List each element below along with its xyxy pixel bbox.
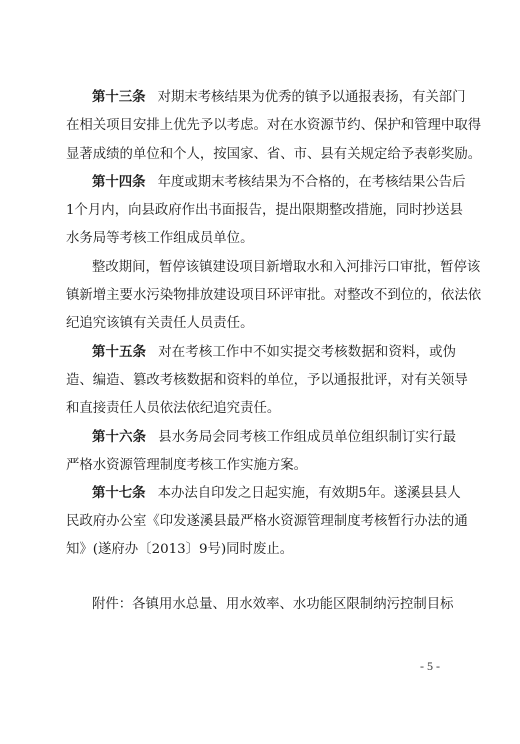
article-16-line-2: 严格水资源管理制度考核工作实施方案。 [66,456,456,476]
rectification-paragraph-line-1: 整改期间，暂停该镇建设项目新增取水和入河排污口审批，暂停该 [92,258,456,278]
article-17-line-1: 第十七条本办法自印发之日起实施，有效期5年。遂溪县县人 [92,484,456,504]
article-number: 第十五条 [92,345,146,360]
article-number: 第十七条 [92,486,146,501]
article-number: 第十六条 [92,430,146,445]
article-14-line-1: 第十四条年度或期末考核结果为不合格的，在考核结果公告后 [92,173,456,193]
rectification-paragraph-line-2: 镇新增主要水污染物排放建设项目环评审批。对整改不到位的，依法依 [66,286,456,306]
article-13-line-3: 显著成绩的单位和个人，按国家、省、市、县有关规定给予表彰奖励。 [66,145,456,165]
article-text: 县水务局会同考核工作组成员单位组织制订实行最 [158,430,456,445]
rectification-paragraph-line-3: 纪追究该镇有关责任人员责任。 [66,314,456,334]
article-text: 对期末考核结果为优秀的镇予以通报表扬，有关部门 [158,90,466,105]
article-15-line-3: 和直接责任人员依法依纪追究责任。 [66,399,456,419]
article-15-line-2: 造、编造、篡改考核数据和资料的单位，予以通报批评，对有关领导 [66,371,456,391]
article-13-line-2: 在相关项目安排上优先予以考虑。对在水资源节约、保护和管理中取得 [66,116,456,136]
page-number: - 5 - [420,658,440,674]
article-16-line-1: 第十六条县水务局会同考核工作组成员单位组织制订实行最 [92,428,456,448]
article-17-line-2: 民政府办公室《印发遂溪县最严格水资源管理制度考核暂行办法的通 [66,512,456,532]
article-17-line-3: 知》(遂府办〔2013〕9号)同时废止。 [66,540,456,560]
document-page: 第十三条对期末考核结果为优秀的镇予以通报表扬，有关部门 在相关项目安排上优先予以… [0,0,520,744]
article-15-line-1: 第十五条对在考核工作中不如实提交考核数据和资料，或伪 [92,343,456,363]
article-14-line-2: 1个月内，向县政府作出书面报告，提出限期整改措施，同时抄送县 [66,201,456,221]
article-text: 对在考核工作中不如实提交考核数据和资料，或伪 [158,345,456,360]
attachment-note: 附件：各镇用水总量、用水效率、水功能区限制纳污控制目标 [92,595,442,615]
article-number: 第十三条 [92,90,146,105]
article-number: 第十四条 [92,175,146,190]
article-13-line-1: 第十三条对期末考核结果为优秀的镇予以通报表扬，有关部门 [92,88,456,108]
article-text: 本办法自印发之日起实施，有效期5年。遂溪县县人 [158,486,461,501]
article-14-line-3: 水务局等考核工作组成员单位。 [66,229,456,249]
article-text: 年度或期末考核结果为不合格的，在考核结果公告后 [158,175,466,190]
